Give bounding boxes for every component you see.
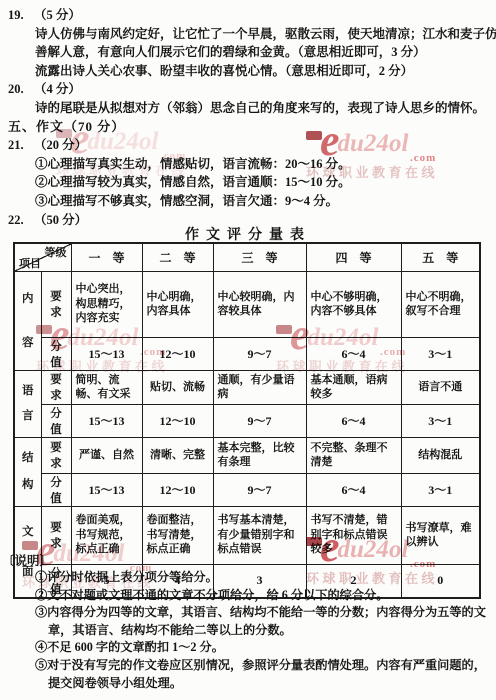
requirement-label: 要 求 — [41, 370, 71, 404]
note-item: ①评分时依据上表分项分等给分。 — [35, 569, 490, 587]
table-cell: 简明、流畅、有文采 — [71, 370, 142, 404]
table-cell: 贴切、流畅 — [142, 370, 213, 404]
grade-header: 四 等 — [306, 243, 401, 271]
requirement-label: 要 求 — [41, 271, 71, 337]
q19-answer-line: 诗人仿佛与南风约定好，让它忙了一个早晨，驱散云雨，使天地清凉；江水和麦子仿佛 — [0, 25, 496, 44]
table-cell: 中心明确，内容具体 — [142, 271, 213, 337]
table-cell: 卷面美观，书写规范，标点正确 — [71, 506, 142, 564]
table-row: 内 容 要 求 中心突出，构思精巧，内容充实 中心明确，内容具体 中心较明确，内… — [14, 271, 480, 337]
table-cell: 基本通顺，语病较多 — [306, 370, 401, 404]
score-cell: 6～4 — [306, 404, 401, 437]
table-cell: 书写不清楚，错别字和标点错误较多 — [306, 506, 401, 564]
corner-cell: 等级 项目 — [14, 243, 71, 271]
notes-heading: 〔说明〕 — [2, 551, 52, 569]
q19-points: （5 分） — [34, 8, 81, 22]
score-cell: 3～1 — [401, 473, 480, 506]
table-cell: 中心突出，构思精巧，内容充实 — [71, 271, 142, 337]
score-cell: 15～13 — [71, 337, 142, 370]
notes-section: ①评分时依据上表分项分等给分。 ②文不对题或文理不通的文章不分项给分，给 6 分… — [35, 569, 490, 692]
table-cell: 中心不够明确，内容不够具体 — [306, 271, 401, 337]
scoring-table: 等级 项目 一 等 二 等 三 等 四 等 五 等 内 容 要 求 中心突出，构… — [13, 242, 481, 599]
table-cell: 中心较明确，内容较具体 — [213, 271, 306, 337]
group-label-language: 语 言 — [14, 370, 41, 437]
score-cell: 12～10 — [142, 473, 213, 506]
grade-header: 三 等 — [213, 243, 306, 271]
score-cell: 15～13 — [71, 404, 142, 437]
q20-label: 20.（4 分） — [0, 80, 496, 99]
table-row: 分 值 15～13 12～10 9～7 6～4 3～1 — [14, 337, 480, 370]
q20-answer-line: 诗的尾联是从拟想对方（邻翁）思念自己的角度来写的，表现了诗人思乡的情怀。 — [0, 99, 496, 118]
table-cell: 不完整、条理不清楚 — [306, 437, 401, 473]
table-cell: 书写基本清楚，有少量错别字和标点错误 — [213, 506, 306, 564]
grade-header: 一 等 — [71, 243, 142, 271]
score-label: 分 值 — [41, 473, 71, 506]
score-cell: 3～1 — [401, 337, 480, 370]
grade-header: 二 等 — [142, 243, 213, 271]
note-item: ③内容得分为四等的文章，其语言、结构均不能给一等的分数；内容得分为五等的文章，其… — [35, 604, 490, 639]
table-cell: 通顺，有少量语病 — [213, 370, 306, 404]
q21-number: 21. — [8, 136, 34, 155]
q21-label: 21.（20 分） — [0, 136, 496, 155]
q21-criteria-line: ③心理描写不够真实，情感空洞，语言欠通：9～4 分。 — [0, 192, 496, 211]
q20-points: （4 分） — [34, 82, 81, 96]
answer-key-section: 19.（5 分） 诗人仿佛与南风约定好，让它忙了一个早晨，驱散云雨，使天地清凉；… — [0, 6, 496, 229]
score-cell: 9～7 — [213, 473, 306, 506]
table-cell: 书写潦草，难以辨认 — [401, 506, 480, 564]
score-label: 分 值 — [41, 404, 71, 437]
grade-header: 五 等 — [401, 243, 480, 271]
score-cell: 15～13 — [71, 473, 142, 506]
corner-grade-label: 等级 — [45, 244, 67, 260]
table-row: 分 值 15～13 12～10 9～7 6～4 3～1 — [14, 473, 480, 506]
table-cell: 中心不明确，叙写不合理 — [401, 271, 480, 337]
score-cell: 3～1 — [401, 404, 480, 437]
q19-answer-line: 流露出诗人关心农事、盼望丰收的喜悦心情。（意思相近即可，2 分） — [0, 62, 496, 81]
note-item: ②文不对题或文理不通的文章不分项给分，给 6 分以下的综合分。 — [35, 587, 490, 605]
q21-points: （20 分） — [34, 138, 87, 152]
score-cell: 12～10 — [142, 337, 213, 370]
q20-number: 20. — [8, 80, 34, 99]
score-cell: 9～7 — [213, 404, 306, 437]
scoring-table-title: 作文评分量表 — [0, 224, 496, 244]
group-label-structure: 结 构 — [14, 437, 41, 506]
score-cell: 6～4 — [306, 473, 401, 506]
table-row: 文 面 要 求 卷面美观，书写规范，标点正确 卷面整洁，书写清楚，标点正确 书写… — [14, 506, 480, 564]
q21-criteria-line: ①心理描写真实生动，情感贴切，语言流畅：20～16 分。 — [0, 155, 496, 174]
q19-answer-line: 善解人意，有意向人们展示它们的碧绿和金黄。（意思相近即可，3 分） — [0, 43, 496, 62]
table-cell: 卷面整洁，书写清楚，标点正确 — [142, 506, 213, 564]
section-5-heading: 五、作文（70 分） — [0, 118, 496, 137]
score-cell: 12～10 — [142, 404, 213, 437]
note-item: ④不足 600 字的文章酌扣 1～2 分。 — [35, 639, 490, 657]
table-cell: 严谨、自然 — [71, 437, 142, 473]
requirement-label: 要 求 — [41, 437, 71, 473]
table-cell: 基本完整，比较有条理 — [213, 437, 306, 473]
score-cell: 6～4 — [306, 337, 401, 370]
score-label: 分 值 — [41, 337, 71, 370]
q21-criteria-line: ②心理描写较为真实，情感自然，语言通顺：15～10 分。 — [0, 173, 496, 192]
q19-label: 19.（5 分） — [0, 6, 496, 25]
table-cell: 结构混乱 — [401, 437, 480, 473]
q19-number: 19. — [8, 6, 34, 25]
table-cell: 清晰、完整 — [142, 437, 213, 473]
table-row: 结 构 要 求 严谨、自然 清晰、完整 基本完整，比较有条理 不完整、条理不清楚… — [14, 437, 480, 473]
corner-item-label: 项目 — [19, 255, 41, 271]
table-cell: 语言不通 — [401, 370, 480, 404]
table-row: 分 值 15～13 12～10 9～7 6～4 3～1 — [14, 404, 480, 437]
essay-scoring-table: 等级 项目 一 等 二 等 三 等 四 等 五 等 内 容 要 求 中心突出，构… — [13, 242, 481, 599]
scanned-exam-answer-page: 19.（5 分） 诗人仿佛与南风约定好，让它忙了一个早晨，驱散云雨，使天地清凉；… — [0, 0, 496, 700]
score-cell: 9～7 — [213, 337, 306, 370]
table-row: 语 言 要 求 简明、流畅、有文采 贴切、流畅 通顺，有少量语病 基本通顺，语病… — [14, 370, 480, 404]
note-item: ⑤对于没有写完的作文卷应区别情况，参照评分量表酌情处理。内容有严重问题的，提交阅… — [35, 657, 490, 692]
group-label-content: 内 容 — [14, 271, 41, 370]
table-header-row: 等级 项目 一 等 二 等 三 等 四 等 五 等 — [14, 243, 480, 271]
